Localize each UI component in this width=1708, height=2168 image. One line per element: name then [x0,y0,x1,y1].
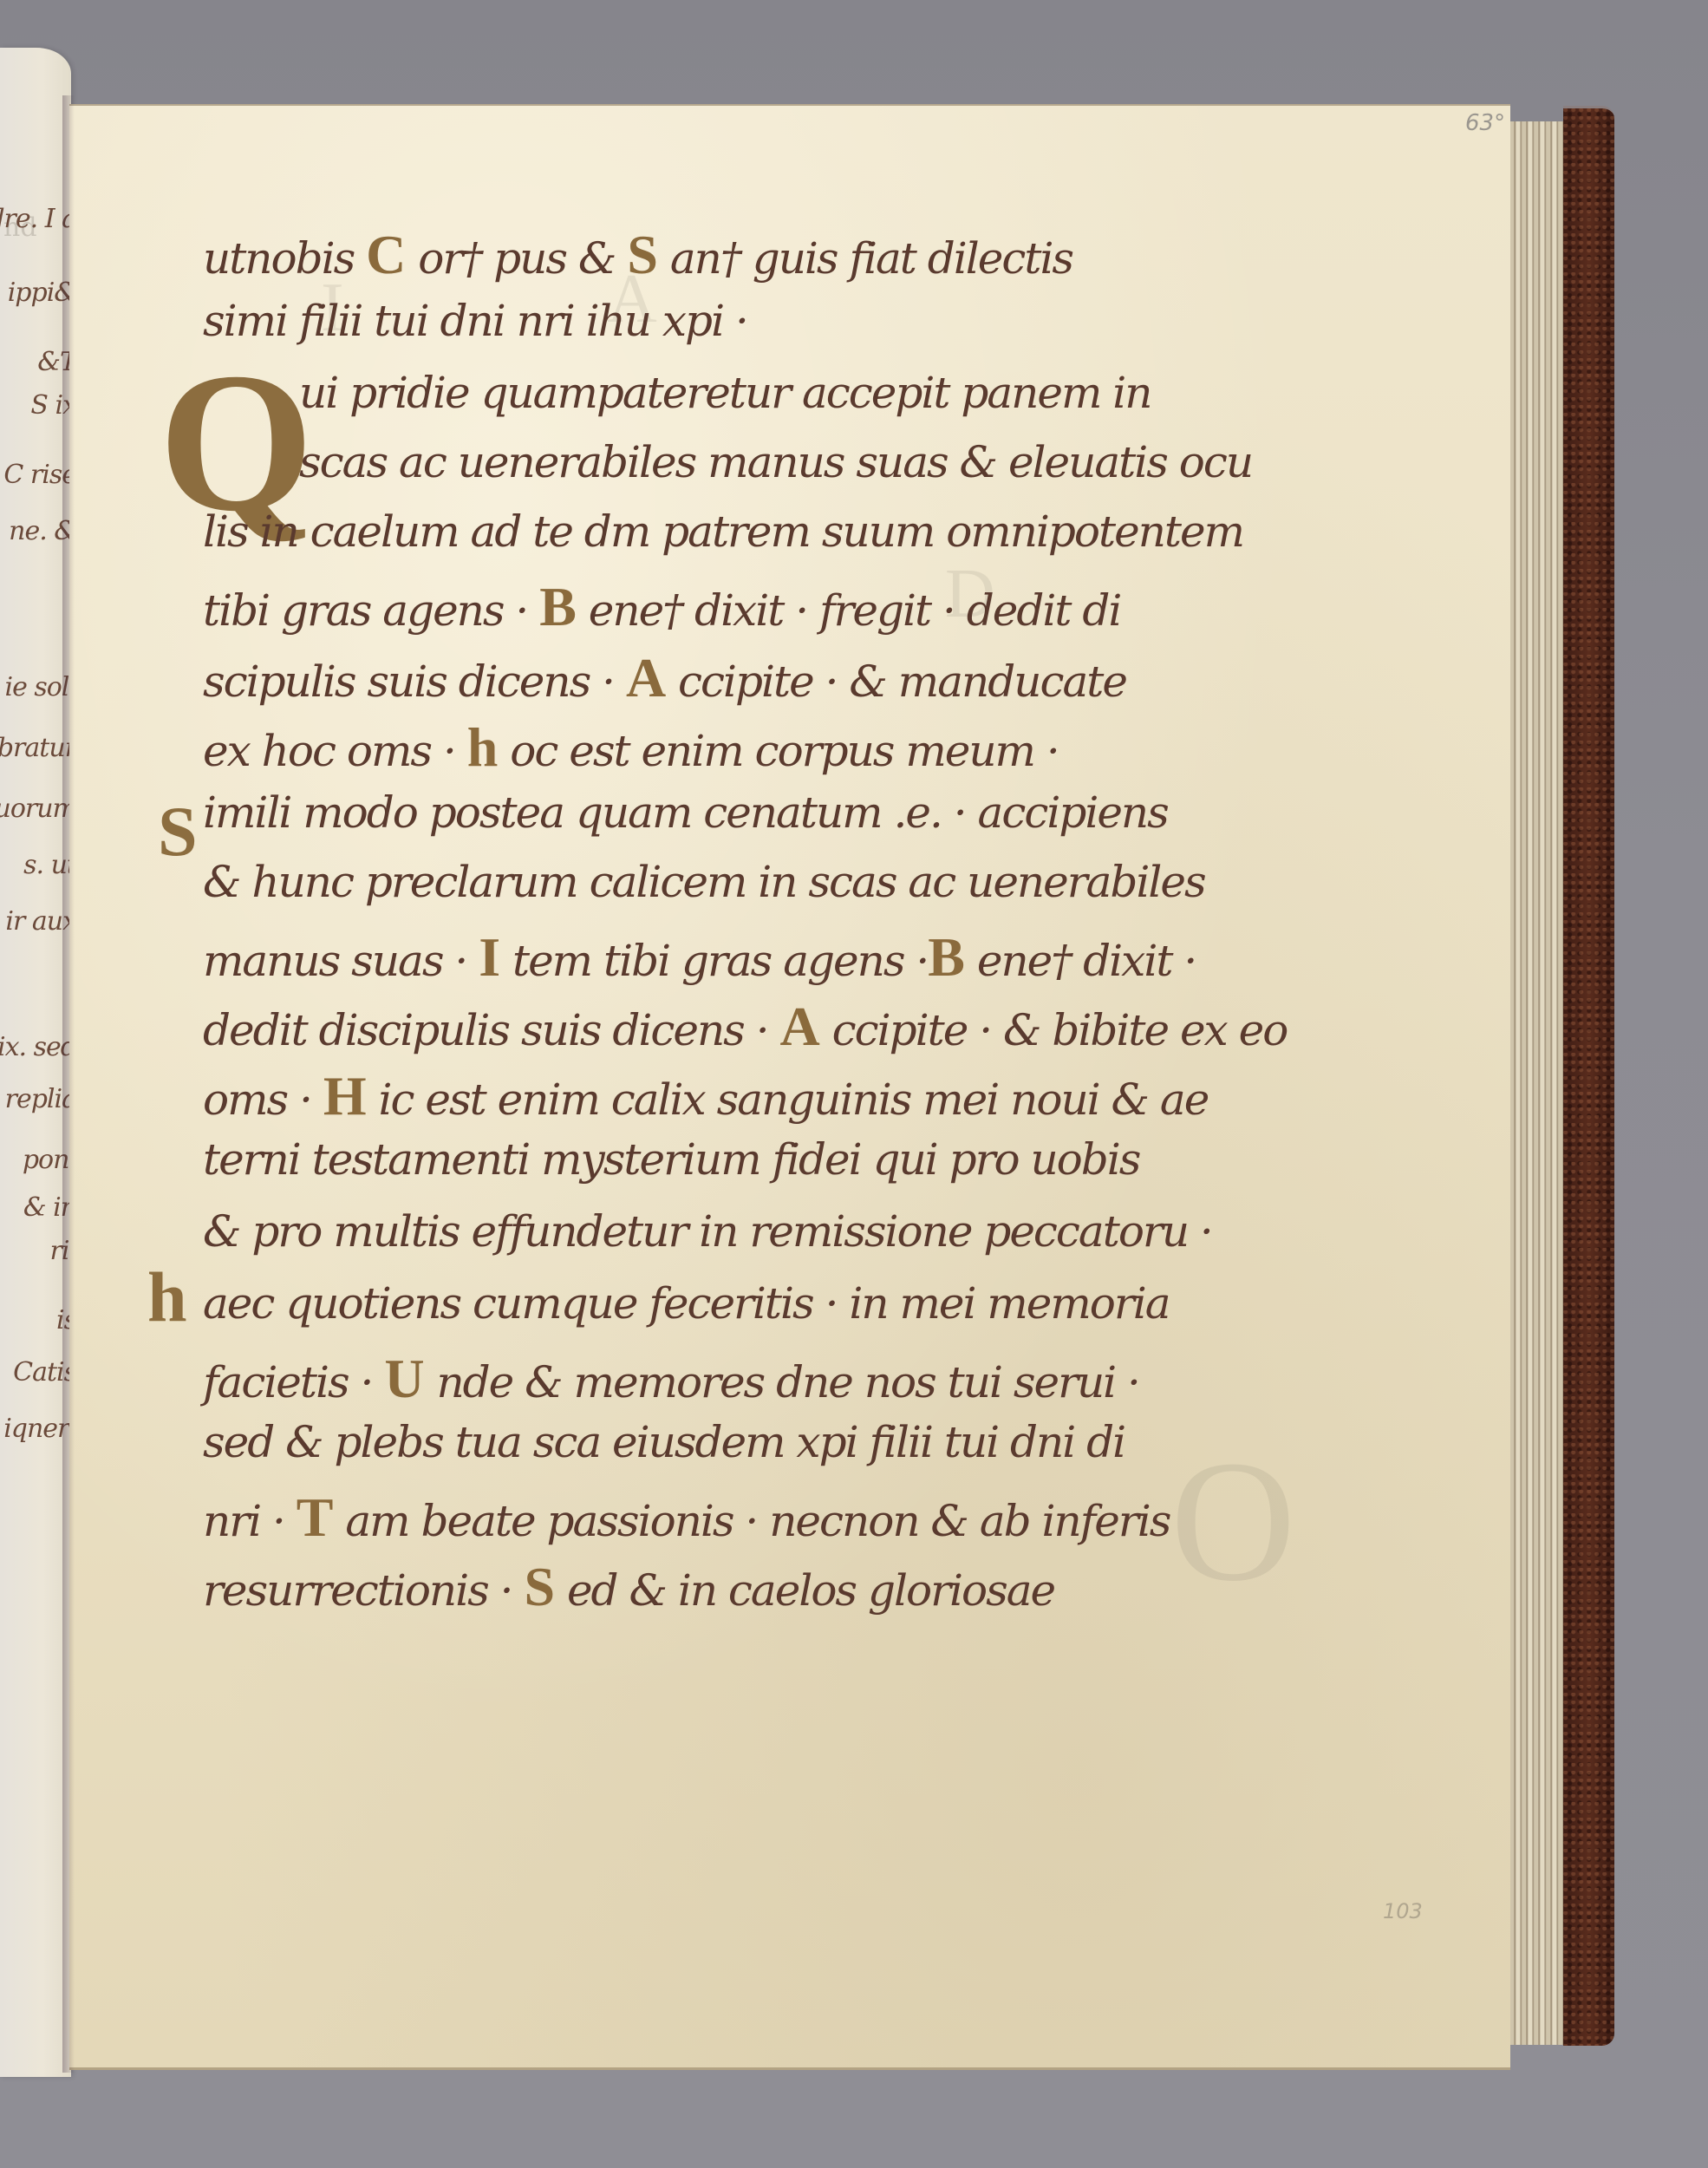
line-text: ed & in caelos gloriosae [555,1565,1054,1616]
fore-edge-leaves [1510,121,1563,2045]
verso-fragment: replia [5,1084,71,1114]
verso-page-edge: nd ndre. I a ippi& &T S ix C rise ne. & … [0,48,71,2077]
line-text: scipulis suis dicens · [203,656,626,707]
gold-initial-S: S [158,796,198,867]
gutter-shadow [62,95,75,2073]
text-line: sed & plebs tua sca eiusdem xpi filii tu… [203,1420,1125,1464]
line-text: ui pridie quampateretur accepit panem in [299,368,1151,418]
verso-fragment: ndre. I a [0,204,71,234]
gold-letter: S [627,224,658,285]
line-text: terni testamenti mysterium fidei qui pro… [203,1134,1139,1185]
gold-letter: B [539,576,577,637]
text-line: dedit discipulis suis dicens · A ccipite… [203,999,1287,1055]
text-line: facietis · U nde & memores dne nos tui s… [203,1351,1139,1407]
text-line: scas ac uenerabiles manus suas & eleuati… [299,441,1252,484]
show-through-letter: O [1170,1422,1295,1621]
verso-fragment: C rise [3,460,71,490]
text-line: nri · T am beate passionis · necnon & ab… [203,1490,1170,1545]
verso-fragment: ix. sed [0,1032,71,1062]
text-line: utnobis C or† pus & S an† guis fiat dile… [203,227,1072,283]
line-text: oms · [203,1074,323,1125]
gold-letter: S [524,1556,555,1617]
line-text: facietis · [203,1357,384,1407]
line-text: ex hoc oms · [203,726,467,776]
gold-letter: A [626,647,666,709]
line-text: imili modo postea quam cenatum .e. · acc… [203,787,1168,838]
text-line: oms · H ic est enim calix sanguinis mei … [203,1068,1208,1124]
line-text: manus suas · [203,936,479,986]
gold-letter: B [928,926,965,988]
line-text: nri · [203,1496,297,1546]
gold-initial-h: h [147,1262,187,1333]
text-line: imili modo postea quam cenatum .e. · acc… [203,791,1168,834]
gold-letter: A [780,996,820,1057]
line-text: dedit discipulis suis dicens · [203,1005,780,1055]
line-text: nde & memores dne nos tui serui · [425,1357,1139,1407]
gold-letter: h [467,716,499,778]
verso-fragment: iqneri [3,1414,71,1444]
line-text: an† guis fiat dilectis [658,233,1072,284]
line-text: tem tibi gras agens · [500,936,928,986]
text-line: manus suas · I tem tibi gras agens ·B en… [203,930,1196,985]
verso-fragment: bratur [0,733,71,763]
text-line: & hunc preclarum calicem in scas ac uene… [203,860,1205,904]
verso-fragment: uorum [0,793,71,824]
line-text: sed & plebs tua sca eiusdem xpi filii tu… [203,1417,1125,1467]
line-text: & pro multis effundetur in remissione pe… [203,1206,1212,1257]
text-line: scipulis suis dicens · A ccipite · & man… [203,650,1126,706]
line-text: lis in caelum ad te dm patrem suum omnip… [203,506,1243,557]
line-text: simi filii tui dni nri ihu xpi · [203,296,747,346]
line-text: scas ac uenerabiles manus suas & eleuati… [299,437,1252,487]
line-text: ene† dixit · fregit · dedit di [577,585,1120,636]
line-text: aec quotiens cumque feceritis · in mei m… [203,1278,1170,1329]
line-text: am beate passionis · necnon & ab inferis [333,1496,1170,1546]
text-line: aec quotiens cumque feceritis · in mei m… [203,1282,1170,1325]
line-text: ic est enim calix sanguinis mei noui & a… [367,1074,1209,1125]
gold-letter: U [384,1348,424,1409]
verso-fragment: ir aux [5,906,71,937]
folio-number-pencil: 103 [1383,1899,1423,1923]
line-text: tibi gras agens · [203,585,539,636]
text-line: simi filii tui dni nri ihu xpi · [203,299,747,343]
text-line: lis in caelum ad te dm patrem suum omnip… [203,510,1243,553]
text-line: & pro multis effundetur in remissione pe… [203,1210,1212,1253]
line-text: oc est enim corpus meum · [498,726,1058,776]
line-text: ccipite · & manducate [666,656,1126,707]
text-line: ui pridie quampateretur accepit panem in [299,371,1151,415]
line-text: ene† dixit · [965,936,1196,986]
line-text: ccipite · & bibite ex eo [820,1005,1288,1055]
line-text: & hunc preclarum calicem in scas ac uene… [203,857,1205,907]
verso-fragment: ippi& [8,278,71,308]
gold-letter: C [366,224,406,285]
verso-fragment: ie soll [4,672,71,702]
gold-letter: T [297,1486,334,1548]
leather-binding [1563,106,1614,2046]
gold-letter: I [479,926,500,988]
line-text: or† pus & [406,233,627,284]
folio-number: 63° [1465,110,1505,136]
line-text: utnobis [203,233,366,284]
gold-letter: H [323,1065,367,1126]
line-text: resurrectionis · [203,1565,524,1616]
text-line: resurrectionis · S ed & in caelos glorio… [203,1559,1054,1615]
text-line: terni testamenti mysterium fidei qui pro… [203,1138,1139,1181]
text-line: tibi gras agens · B ene† dixit · fregit … [203,579,1120,635]
text-line: ex hoc oms · h oc est enim corpus meum · [203,720,1059,775]
